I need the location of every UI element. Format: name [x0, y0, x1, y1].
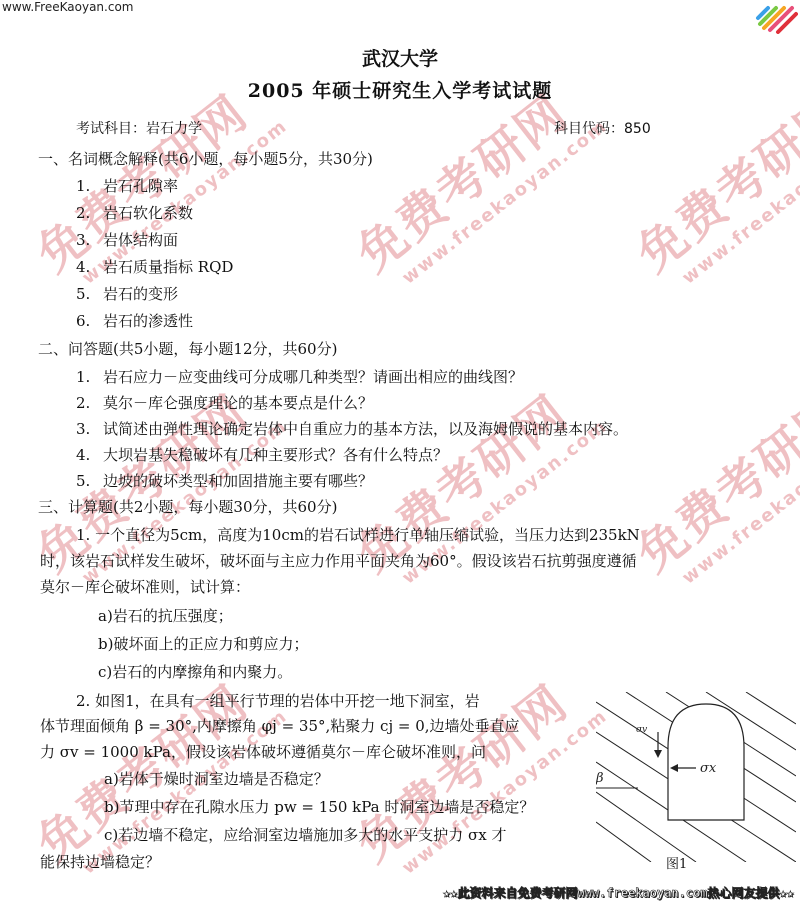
question-item: 2.莫尔－库仑强度理论的基本要点是什么？: [76, 392, 373, 413]
sub-question: 能保持边墙稳定？: [40, 851, 160, 872]
problem-text: 2. 如图1，在具有一组平行节理的岩体中开挖一地下洞室，岩: [76, 690, 480, 711]
question-item: 4.大坝岩基失稳破坏有几种主要形式？各有什么特点？: [76, 444, 448, 465]
sub-question: b)节理中存在孔隙水压力 pw = 150 kPa 时洞室边墙是否稳定？: [104, 796, 534, 817]
svg-text:σv: σv: [636, 725, 647, 735]
question-item: 5.岩石的变形: [76, 283, 178, 304]
sub-question: c)若边墙不稳定，应给洞室边墙施加多大的水平支护力 σx 才: [104, 824, 507, 845]
university-title: 武汉大学: [0, 44, 800, 71]
question-item: 5.边坡的破坏类型和加固措施主要有哪些？: [76, 470, 373, 491]
question-item: 3.岩体结构面: [76, 229, 178, 250]
question-item: 4.岩石质量指标 RQD: [76, 256, 233, 277]
subject-code: 科目代码：850: [554, 118, 651, 138]
question-item: 6.岩石的渗透性: [76, 310, 193, 331]
figure-1-cavern-diagram: σv σx β: [596, 692, 796, 862]
problem-text: 时，该岩石试样发生破坏，破坏面与主应力作用平面夹角为60°。假设该岩石抗剪强度遵…: [40, 550, 637, 571]
question-item: 2.岩石软化系数: [76, 202, 193, 223]
question-item: 3.试简述由弹性理论确定岩体中自重应力的基本方法，以及海姆假说的基本内容。: [76, 418, 628, 439]
problem-text: 体节理面倾角 β = 30°,内摩擦角 φj = 35°,粘聚力 cj = 0,…: [40, 715, 520, 736]
footer-banner: ★★此资料来自免费考研网www.freekaoyan.com热心网友提供★★: [443, 884, 794, 901]
svg-text:σx: σx: [700, 761, 717, 776]
sub-question: c)岩石的内摩擦角和内聚力。: [98, 661, 292, 682]
figure-caption: 图1: [666, 853, 687, 872]
sub-question: a)岩石的抗压强度；: [98, 605, 233, 626]
section-heading: 一、名词概念解释(共6小题，每小题5分，共30分): [38, 148, 373, 169]
svg-text:β: β: [596, 771, 604, 786]
problem-text: 莫尔－库仑破坏准则，试计算：: [40, 576, 250, 597]
section-heading: 二、问答题(共5小题，每小题12分，共60分): [38, 338, 337, 359]
problem-text: 力 σv = 1000 kPa，假设该岩体破坏遵循莫尔－库仑破坏准则，问: [40, 741, 486, 762]
exam-subject: 考试科目：岩石力学: [76, 118, 202, 138]
question-item: 1.岩石应力－应变曲线可分成哪几种类型？请画出相应的曲线图？: [76, 366, 523, 387]
sub-question: a)岩体干燥时洞室边墙是否稳定？: [104, 768, 329, 789]
question-item: 1.岩石孔隙率: [76, 175, 178, 196]
section-heading: 三、计算题(共2小题，每小题30分，共60分): [38, 496, 337, 517]
exam-document: 武汉大学 2005 年硕士研究生入学考试试题 考试科目：岩石力学 科目代码：85…: [0, 0, 800, 909]
sub-question: b)破坏面上的正应力和剪应力；: [98, 633, 308, 654]
problem-text: 1. 一个直径为5cm，高度为10cm的岩石试样进行单轴压缩试验，当压力达到23…: [76, 524, 640, 545]
exam-title: 2005 年硕士研究生入学考试试题: [0, 76, 800, 103]
